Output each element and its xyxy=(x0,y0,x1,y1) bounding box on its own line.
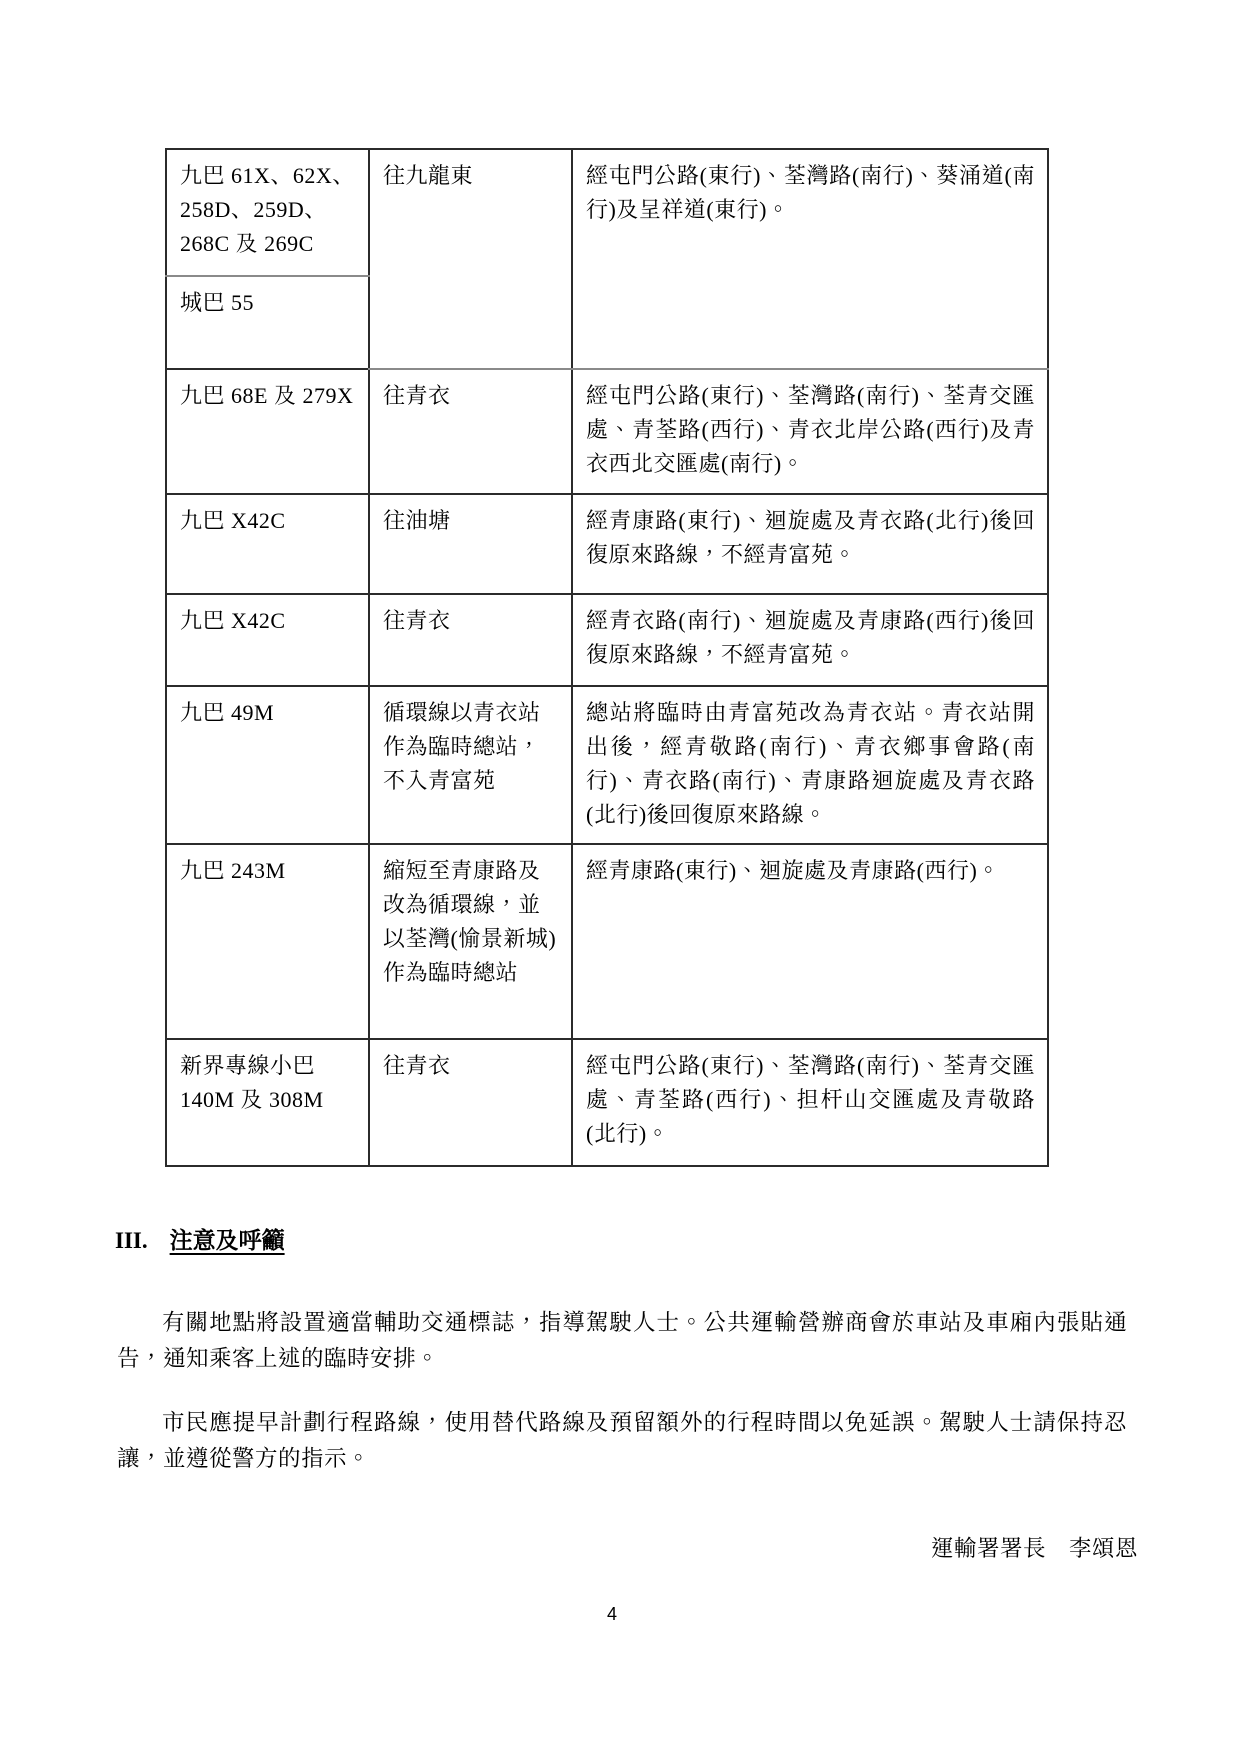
route-cell: 九巴 49M xyxy=(166,686,369,844)
page-number: 4 xyxy=(0,1604,1224,1625)
section-number: III. xyxy=(115,1224,148,1258)
details-cell: 經屯門公路(東行)、荃灣路(南行)、荃青交匯處、青荃路(西行)、担杆山交匯處及青… xyxy=(572,1039,1048,1166)
document-page: 九巴 61X、62X、258D、259D、268C 及 269C 往九龍東 經屯… xyxy=(0,0,1241,1754)
direction-cell: 縮短至青康路及改為循環線，並以荃灣(愉景新城)作為臨時總站 xyxy=(369,844,572,1039)
direction-cell: 往青衣 xyxy=(369,1039,572,1166)
table-row: 新界專線小巴 140M 及 308M 往青衣 經屯門公路(東行)、荃灣路(南行)… xyxy=(166,1039,1048,1166)
details-cell: 經青衣路(南行)、迴旋處及青康路(西行)後回復原來路線，不經青富苑。 xyxy=(572,594,1048,686)
route-cell: 新界專線小巴 140M 及 308M xyxy=(166,1039,369,1166)
section-heading: III.注意及呼籲 xyxy=(115,1224,285,1258)
details-cell: 總站將臨時由青富苑改為青衣站。青衣站開出後，經青敬路(南行)、青衣鄉事會路(南行… xyxy=(572,686,1048,844)
section-title: 注意及呼籲 xyxy=(170,1228,285,1253)
paragraph-public-advice: 市民應提早計劃行程路線，使用替代路線及預留額外的行程時間以免延誤。駕駛人士請保持… xyxy=(117,1405,1127,1477)
signature-line: 運輸署署長 李頌恩 xyxy=(931,1532,1138,1566)
details-cell: 經青康路(東行)、迴旋處及青衣路(北行)後回復原來路線，不經青富苑。 xyxy=(572,494,1048,594)
direction-cell: 往九龍東 xyxy=(369,149,572,369)
details-cell: 經屯門公路(東行)、荃灣路(南行)、荃青交匯處、青荃路(西行)、青衣北岸公路(西… xyxy=(572,369,1048,494)
table-row: 九巴 61X、62X、258D、259D、268C 及 269C 往九龍東 經屯… xyxy=(166,149,1048,276)
table-row: 九巴 243M 縮短至青康路及改為循環線，並以荃灣(愉景新城)作為臨時總站 經青… xyxy=(166,844,1048,1039)
route-cell: 九巴 68E 及 279X xyxy=(166,369,369,494)
route-cell: 九巴 X42C xyxy=(166,594,369,686)
details-cell: 經屯門公路(東行)、荃灣路(南行)、葵涌道(南行)及呈祥道(東行)。 xyxy=(572,149,1048,369)
route-cell: 九巴 61X、62X、258D、259D、268C 及 269C xyxy=(166,149,369,276)
table-row: 九巴 68E 及 279X 往青衣 經屯門公路(東行)、荃灣路(南行)、荃青交匯… xyxy=(166,369,1048,494)
details-cell: 經青康路(東行)、迴旋處及青康路(西行)。 xyxy=(572,844,1048,1039)
route-cell: 九巴 243M xyxy=(166,844,369,1039)
table-row: 九巴 X42C 往青衣 經青衣路(南行)、迴旋處及青康路(西行)後回復原來路線，… xyxy=(166,594,1048,686)
bus-route-diversion-table: 九巴 61X、62X、258D、259D、268C 及 269C 往九龍東 經屯… xyxy=(165,148,1049,1167)
table-row: 九巴 49M 循環線以青衣站作為臨時總站，不入青富苑 總站將臨時由青富苑改為青衣… xyxy=(166,686,1048,844)
paragraph-signage-notice: 有關地點將設置適當輔助交通標誌，指導駕駛人士。公共運輸營辦商會於車站及車廂內張貼… xyxy=(117,1305,1127,1377)
direction-cell: 往青衣 xyxy=(369,369,572,494)
direction-cell: 往油塘 xyxy=(369,494,572,594)
direction-cell: 循環線以青衣站作為臨時總站，不入青富苑 xyxy=(369,686,572,844)
direction-cell: 往青衣 xyxy=(369,594,572,686)
table-row: 九巴 X42C 往油塘 經青康路(東行)、迴旋處及青衣路(北行)後回復原來路線，… xyxy=(166,494,1048,594)
route-cell: 城巴 55 xyxy=(166,276,369,369)
route-cell: 九巴 X42C xyxy=(166,494,369,594)
